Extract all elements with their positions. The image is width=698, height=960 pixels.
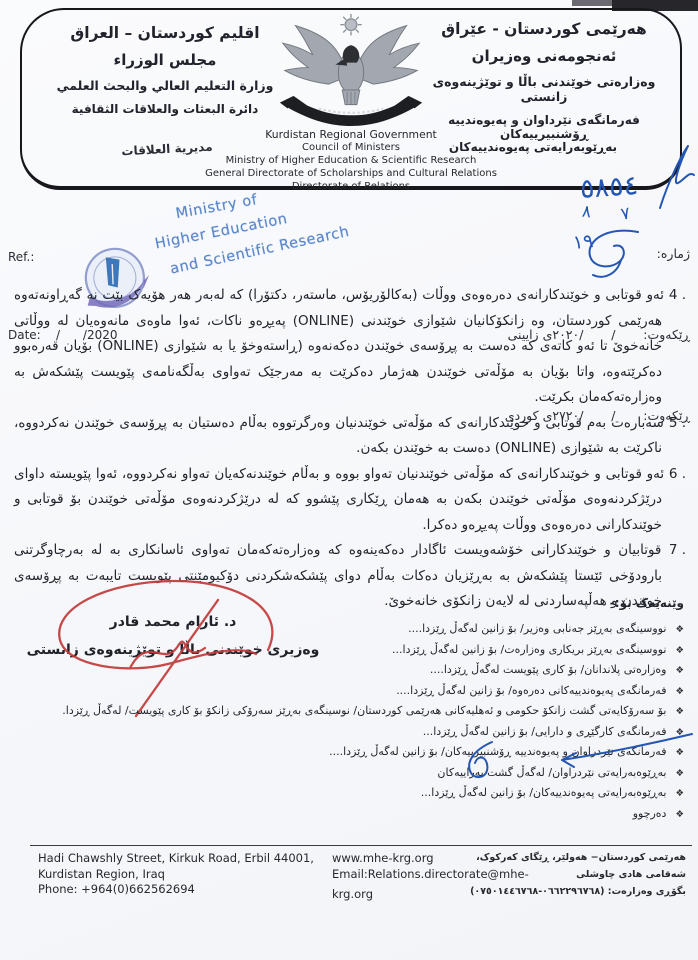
krg-eagle-emblem-icon (276, 12, 426, 127)
kurdish-ministry-line: وەزارەتی خوێندنی باڵا و توێژینەوەی زانست… (418, 74, 670, 104)
arabic-council-line: مجلس الوزراء (48, 51, 282, 69)
stamp-text-line-2: Higher Education (154, 211, 289, 252)
footer-street-line: Hadi Chawshly Street, Kirkuk Road, Erbil… (38, 851, 314, 867)
copy-to-label: وێنەیەک بۆ:- (30, 596, 684, 610)
item-number: 7 . (669, 538, 686, 564)
footer-address-english: Hadi Chawshly Street, Kirkuk Road, Erbil… (38, 851, 314, 898)
copy-item-text: وەزارەتی پلاندانان/ بۆ کاری پێویست لەگەڵ… (430, 663, 667, 676)
letterhead-arabic-column: اقليم كوردستان – العراق مجلس الوزراء وزا… (48, 24, 282, 125)
footer-phone-line: Phone: +964(0)662562694 (38, 882, 314, 898)
copy-to-block: وێنەیەک بۆ:- ❖نووسینگەی بەڕێز جەنابی وەز… (30, 596, 684, 824)
copy-item-2: ❖نووسینگەی بەڕێز بریکاری وەزارەت/ بۆ زان… (30, 640, 684, 661)
kurdish-region-line: هەرێمی کوردستان - عێراق (418, 20, 670, 38)
arabic-directorate-line: دائرة البعثات والعلاقات الثقافية (48, 102, 282, 116)
arabic-region-line: اقليم كوردستان – العراق (48, 24, 282, 42)
diamond-bullet-icon: ❖ (675, 723, 684, 743)
english-government-line: Kurdistan Regional Government (22, 128, 680, 141)
copy-item-text: نووسینگەی بەڕێز جەنابی وەزیر/ بۆ زانین ل… (408, 622, 666, 635)
copy-item-text: بەڕێوەبەرایەتی نێردراوان/ لەگەڵ گشت بەرا… (437, 766, 666, 779)
diamond-bullet-icon: ❖ (675, 682, 684, 702)
scanned-letter-page: اقليم كوردستان – العراق مجلس الوزراء وزا… (0, 0, 698, 960)
letterhead-box: اقليم كوردستان – العراق مجلس الوزراء وزا… (20, 8, 682, 190)
stamp-text-line-1: Ministry of (174, 192, 258, 222)
copy-item-text: دەرچوو (633, 807, 667, 820)
diamond-bullet-icon: ❖ (675, 784, 684, 804)
copy-item-4: ❖فەرمانگەی پەیوەندییەکانی دەرەوە/ بۆ زان… (30, 681, 684, 702)
copy-item-10: ❖دەرچوو (30, 804, 684, 825)
scan-artifact-strip-2 (572, 0, 612, 6)
diamond-bullet-icon: ❖ (675, 661, 684, 681)
copy-item-6: ❖فەرمانگەی کارگێڕی و دارایی/ بۆ زانین لە… (30, 722, 684, 743)
copy-item-text: فەرمانگەی پەیوەندییەکانی دەرەوە/ بۆ زانی… (396, 684, 666, 697)
footer-address-kurdish: هەرێمی کوردستان− هەولێر، ڕێگای کەرکوک، ش… (470, 849, 686, 900)
diamond-bullet-icon: ❖ (675, 620, 684, 640)
english-ministry-line: Ministry of Higher Education & Scientifi… (22, 154, 680, 167)
item-text: ئەو قوتابی و خوێندکارانەی دەرەوەی ووڵات … (14, 287, 664, 405)
stamp-text-line-3: and Scientific Research (169, 224, 351, 278)
english-council-line: Council of Ministers (22, 141, 680, 154)
item-text: ئەو قوتابی و خوێندکارانەی کە مۆڵەتی خوێن… (14, 466, 664, 533)
copy-item-text: بەڕێوەبەرایەتی پەیوەندییەکان/ بۆ زانین ل… (421, 786, 667, 799)
letter-body: 4 . ئەو قوتابی و خوێندکارانەی دەرەوەی وو… (14, 283, 686, 615)
body-item-4: 4 . ئەو قوتابی و خوێندکارانەی دەرەوەی وو… (14, 283, 686, 411)
copy-item-text: نووسینگەی بەڕێز بریکاری وەزارەت/ بۆ زانی… (392, 643, 666, 656)
handwritten-month: ٨ (580, 199, 592, 227)
diamond-bullet-icon: ❖ (675, 805, 684, 825)
item-number: 4 . (669, 283, 686, 309)
arabic-ministry-line: وزارة التعليم العالي والبحث العلمي (48, 78, 282, 93)
copy-item-3: ❖وەزارەتی پلاندانان/ بۆ کاری پێویست لەگە… (30, 660, 684, 681)
diamond-bullet-icon: ❖ (675, 702, 684, 722)
copy-item-7: ❖فەرمانگەی نێردراوان و پەیوەندییە ڕۆشنبی… (30, 742, 684, 763)
copy-item-5: ❖بۆ سەرۆکایەتی گشت زانکۆ حکومی و ئەهلیەک… (30, 701, 684, 722)
item-number: 5 . (669, 411, 686, 437)
copy-item-text: فەرمانگەی نێردراوان و پەیوەندییە ڕۆشنبیر… (329, 745, 666, 758)
footer-divider (30, 845, 692, 846)
banner-micro-text (319, 108, 383, 112)
copy-item-1: ❖نووسینگەی بەڕێز جەنابی وەزیر/ بۆ زانین … (30, 619, 684, 640)
diamond-bullet-icon: ❖ (675, 743, 684, 763)
copy-item-text: فەرمانگەی کارگێڕی و دارایی/ بۆ زانین لەگ… (423, 725, 667, 738)
body-item-5: 5 . سەبارەت بەم قوتابی و خوێندکارانەی کە… (14, 411, 686, 462)
copy-item-8: ❖بەڕێوەبەرایەتی نێردراوان/ لەگەڵ گشت بەر… (30, 763, 684, 784)
copy-item-text: بۆ سەرۆکایەتی گشت زانکۆ حکومی و ئەهلیەکا… (62, 704, 666, 717)
kurdish-council-line: ئەنجومەنی وەزیران (418, 47, 670, 65)
copy-item-9: ❖بەڕێوەبەرایەتی پەیوەندییەکان/ بۆ زانین … (30, 783, 684, 804)
footer-kurdish-phone: بگۆڕی وەزارەت: (٠٦٦٢٢٩٦٧٦٨-٠٧٥٠١٤٤٦٧٦٨) (470, 883, 686, 900)
item-number: 6 . (669, 462, 686, 488)
diamond-bullet-icon: ❖ (675, 764, 684, 784)
ref-label: Ref.: (8, 244, 118, 270)
footer-kurdish-address: هەرێمی کوردستان− هەولێر، ڕێگای کەرکوک، ش… (470, 849, 686, 883)
body-item-6: 6 . ئەو قوتابی و خوێندکارانەی کە مۆڵەتی … (14, 462, 686, 539)
item-text: سەبارەت بەم قوتابی و خوێندکارانەی کە مۆڵ… (14, 415, 664, 457)
diamond-bullet-icon: ❖ (675, 641, 684, 661)
footer-region-line: Kurdistan Region, Iraq (38, 867, 314, 883)
blue-flourish-scrawl (576, 224, 646, 282)
